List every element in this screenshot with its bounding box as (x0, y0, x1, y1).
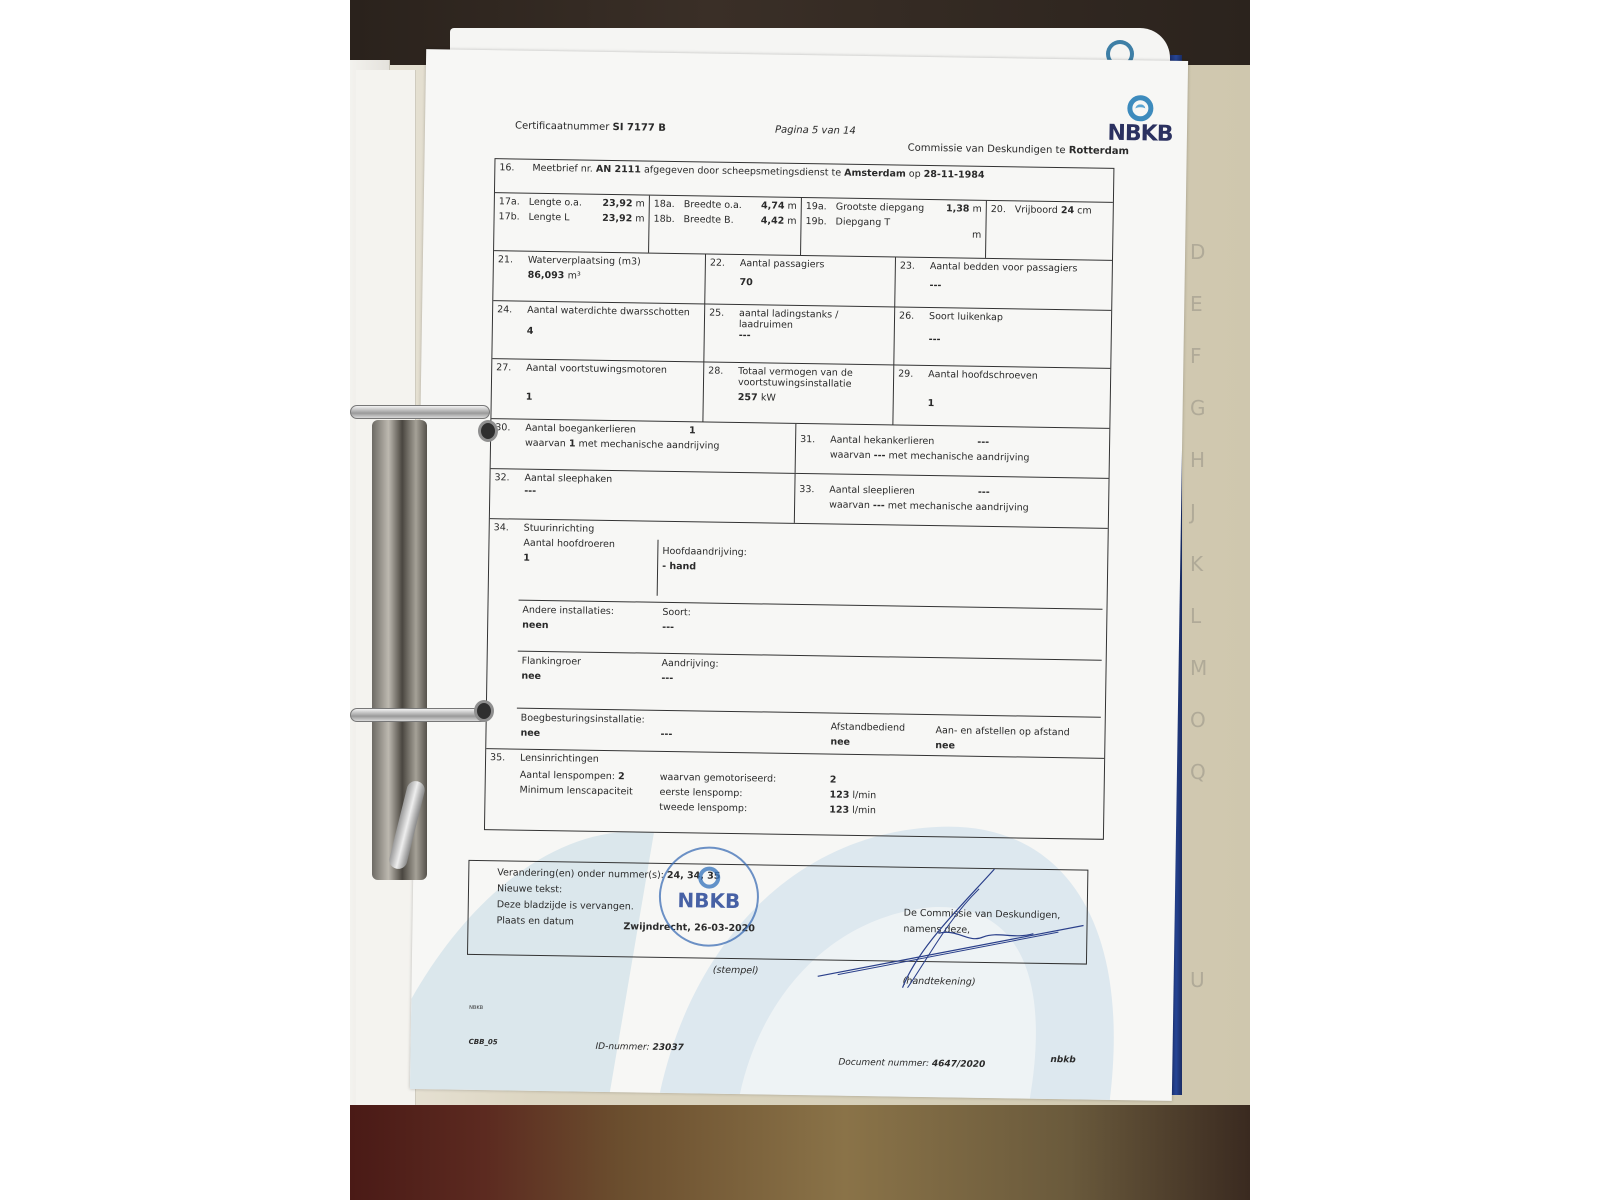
stamp-wave-icon (698, 866, 720, 888)
table-surface (350, 1105, 1250, 1200)
index-letter: D (1190, 240, 1220, 292)
section-35: 35.Lensinrichtingen Aantal lenspompen: 2… (485, 749, 1104, 839)
nbkb-wave-icon (1127, 95, 1153, 121)
signature-icon (807, 846, 1089, 1000)
index-letter: O (1190, 708, 1220, 760)
index-letter: E (1190, 292, 1220, 344)
footer-small-mark: NBKB (469, 1005, 483, 1011)
index-letter (1190, 1020, 1220, 1072)
nbkb-logo: NBKB (1105, 95, 1176, 147)
section-27-29: 27.Aantal voortstuwingsmotoren 1 28.Tota… (491, 359, 1110, 429)
section-34: 34.Stuurinrichting Aantal hoofdroeren 1 … (486, 519, 1108, 759)
footer-brand: nbkb (1050, 1055, 1075, 1065)
document-number: Document nummer: 4647/2020 (838, 1058, 985, 1070)
binder-ring-bottom (350, 708, 490, 722)
index-letter: U (1190, 968, 1220, 1020)
binder-ring-bottom-end (474, 700, 494, 722)
binder-ring-top-end (478, 420, 498, 442)
index-letter: K (1190, 552, 1220, 604)
id-number: ID-nummer: 23037 (595, 1042, 683, 1053)
index-letter: H (1190, 448, 1220, 500)
index-letter: M (1190, 656, 1220, 708)
commission-label: Commissie van Deskundigen te Rotterdam (908, 143, 1129, 157)
index-letter (1190, 812, 1220, 864)
index-letter: J (1190, 500, 1220, 552)
index-letter: G (1190, 396, 1220, 448)
certificate-number: Certificaatnummer SI 7177 B (515, 120, 666, 133)
form-code: CBB_05 (469, 1038, 498, 1046)
section-17-20: 17a.Lengte o.a.23,92 m 17b.Lengte L23,92… (494, 193, 1113, 261)
index-tabs: DEFGHJKLMOQU (1190, 240, 1220, 1072)
index-letter: Q (1190, 760, 1220, 812)
section-24-26: 24.Aantal waterdichte dwarsschotten 4 25… (492, 301, 1111, 369)
index-letter: F (1190, 344, 1220, 396)
certificate-form: 16. Meetbrief nr. AN 2111 afgegeven door… (484, 158, 1114, 840)
page-indicator: Pagina 5 van 14 (775, 125, 856, 137)
index-letter (1190, 916, 1220, 968)
index-letter: L (1190, 604, 1220, 656)
binder-ring-top (350, 405, 490, 419)
certificate-page: NBKB Certificaatnummer SI 7177 B Pagina … (410, 49, 1188, 1101)
change-record: Verandering(en) onder nummer(s): 24, 34,… (467, 860, 1088, 965)
document-photo: DEFGHJKLMOQU NBKB Certificaatnummer SI 7… (350, 0, 1250, 1200)
index-letter (1190, 864, 1220, 916)
